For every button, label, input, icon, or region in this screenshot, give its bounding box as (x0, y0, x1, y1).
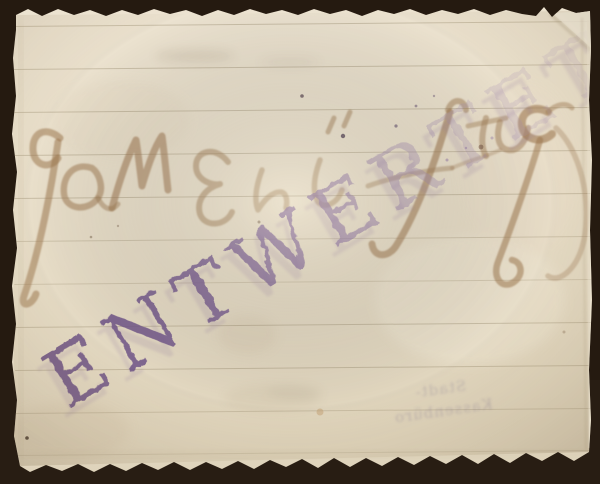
photo-of-cancelled-paper-slip: Stadt- Kassenbüro ENTWERTET ENTWERTET (0, 0, 600, 484)
paper-vignette (13, 11, 591, 466)
paper-photo-canvas: Stadt- Kassenbüro ENTWERTET ENTWERTET (0, 0, 600, 484)
